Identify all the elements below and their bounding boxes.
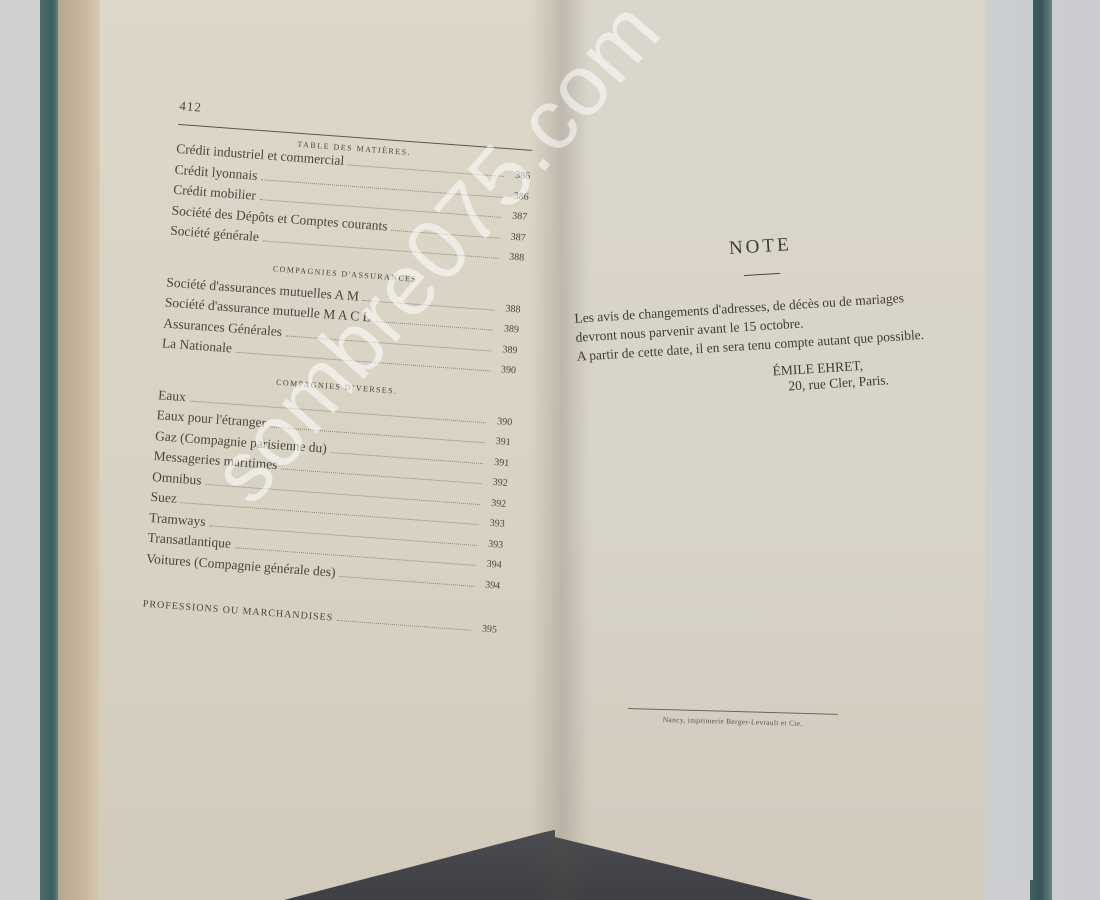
book-cover-right-edge <box>1030 0 1052 900</box>
note-divider <box>744 273 780 276</box>
right-page <box>555 0 985 900</box>
book-cover-left-edge <box>40 0 60 900</box>
note-section: NOTE Les avis de changements d'adresses,… <box>570 227 919 408</box>
page-block-left-edge <box>58 0 102 900</box>
